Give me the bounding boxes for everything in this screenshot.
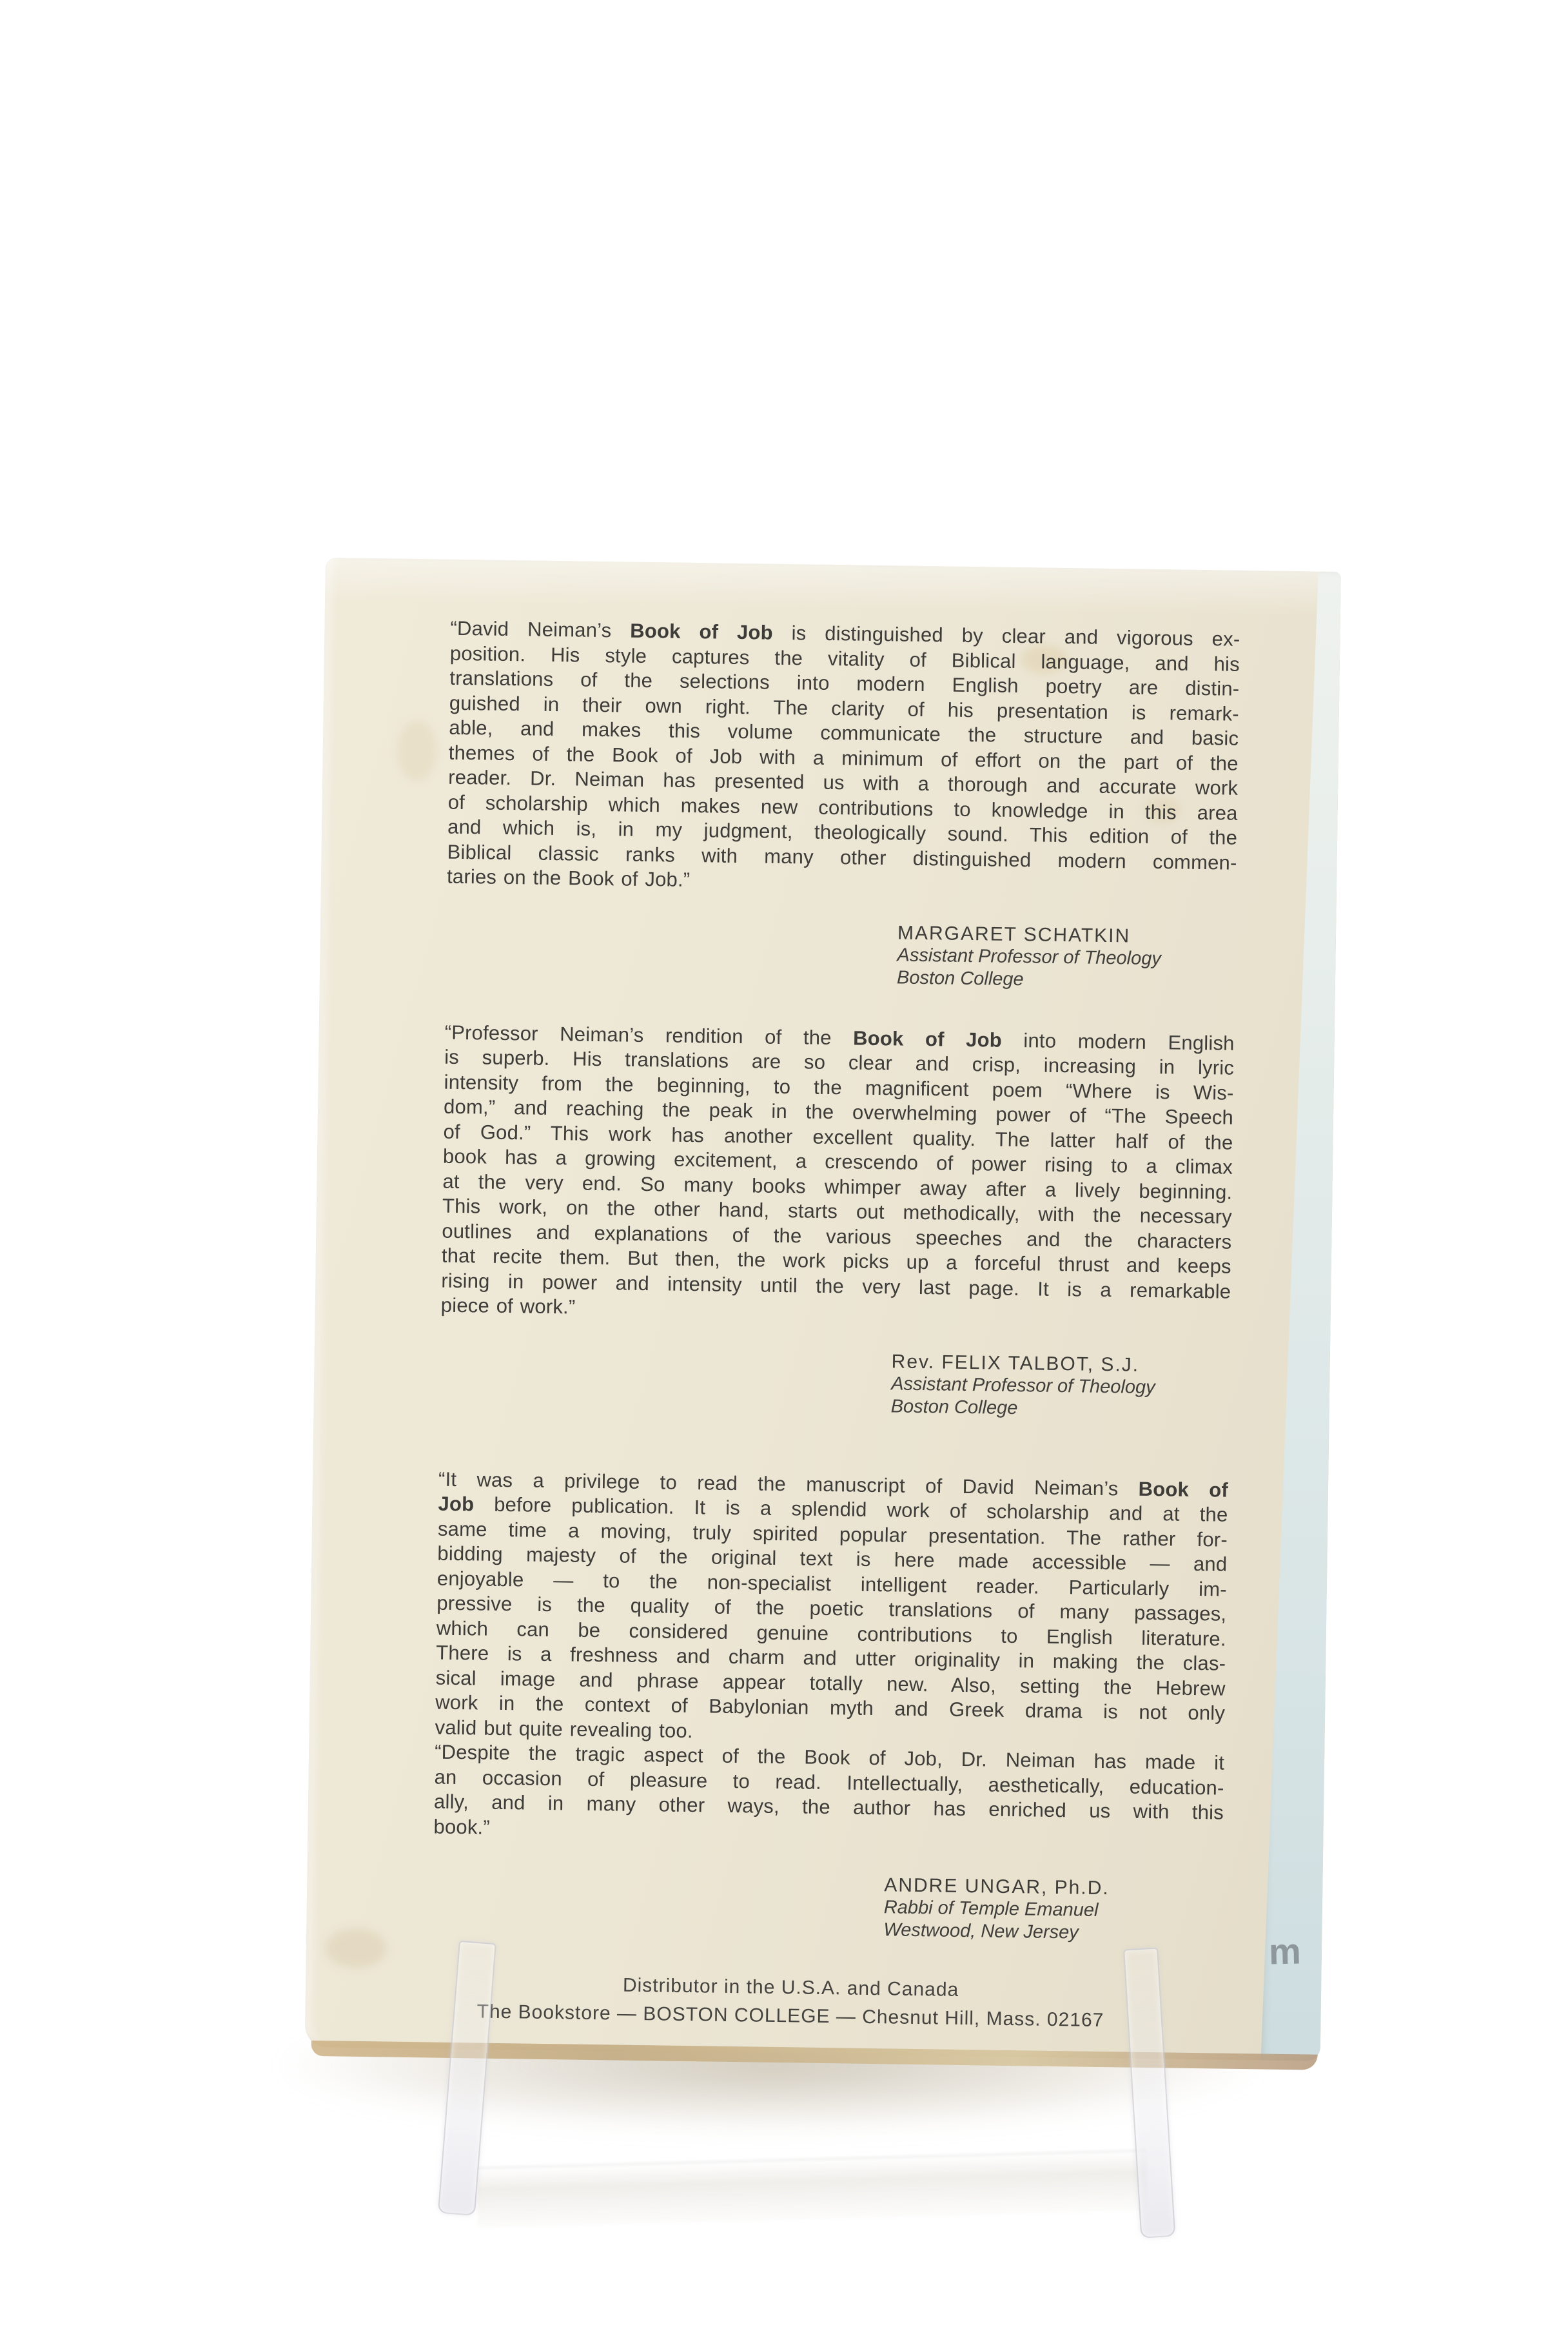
age-stain [325,1928,387,1968]
review-quote-3-part-2: “Despite the tragic aspect of the Book o… [433,1740,1224,1850]
reviewer-attribution-3: ANDRE UNGAR, Ph.D. Rabbi of Temple Emanu… [883,1874,1222,1946]
review-quote-2: “Professor Neiman’s rendition of the Boo… [441,1020,1235,1329]
distributor-info: Distributor in the U.S.A. and Canada The… [431,1969,1150,2036]
reviewer-attribution-1: MARGARET SCHATKIN Assistant Professor of… [897,921,1236,994]
photograph-background: m “David Neiman’s Book of Job is disting… [0,0,1568,2352]
spine-edge: m [1261,571,1341,2061]
age-stain [397,720,437,782]
partial-letter: m [1268,1930,1301,1972]
cover-text: “David Neiman’s Book of Job is distingui… [431,560,1241,2037]
reviewer-organization: Westwood, New Jersey [883,1919,1222,1946]
book-back-cover: m “David Neiman’s Book of Job is disting… [305,558,1341,2061]
reviewer-organization: Boston College [897,966,1235,994]
review-quote-1: “David Neiman’s Book of Job is distingui… [447,616,1240,901]
review-quote-3-part-1: “It was a privilege to read the manuscri… [435,1467,1228,1751]
reviewer-organization: Boston College [890,1395,1229,1422]
reviewer-attribution-2: Rev. FELIX TALBOT, S.J. Assistant Profes… [890,1350,1230,1422]
